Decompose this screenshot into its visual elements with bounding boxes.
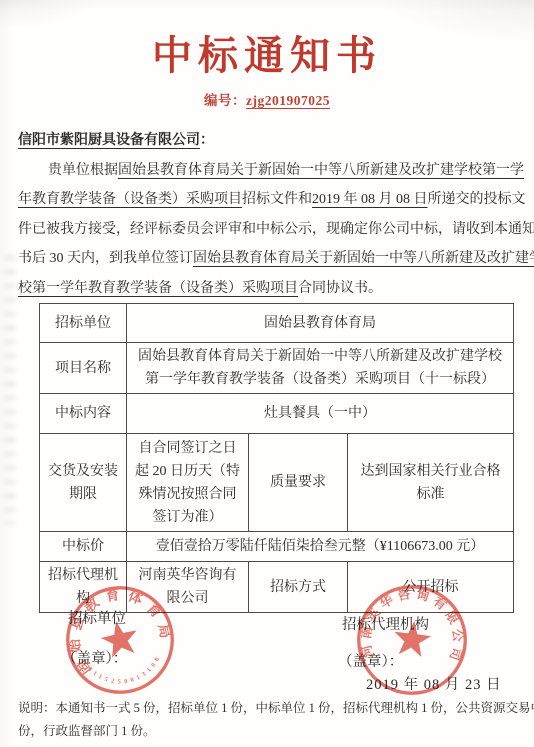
table-row: 招标单位 固始县教育体育局 xyxy=(40,304,514,343)
row-value: 灶具餐具（一中） xyxy=(127,394,514,434)
body-text-segment: 书后 30 天内，到我单位签订 xyxy=(18,251,193,266)
row-label: 招标方式 xyxy=(249,562,348,613)
recipient-name: 信阳市紫阳厨具设备有限公司 xyxy=(18,133,200,148)
bid-info-table: 招标单位 固始县教育体育局 项目名称 固始县教育体育局关于新固始一中等八所新建及… xyxy=(39,303,514,613)
body-text-segment: 件已被我方接受，经评标委员会评审和中标公示，现确定你公司中标，请收到本通知 xyxy=(18,222,534,237)
document-number: 编号：zjg201907025 xyxy=(0,89,534,109)
body-text-segment: 合同协议书。 xyxy=(298,281,382,296)
row-value: 壹佰壹拾万零陆仟陆佰柒拾叁元整（¥1106673.00 元） xyxy=(127,532,514,562)
body-line: 贵单位根据固始县教育体育局关于新固始一中等八所新建及改扩建学校第一学 xyxy=(18,156,518,186)
row-label: 质量要求 xyxy=(249,434,348,532)
official-seal-bid-inviter: 固始县教育体育局 4115250013108 xyxy=(51,571,189,709)
row-label: 项目名称 xyxy=(40,343,127,394)
page-title: 中标通知书 xyxy=(0,24,534,81)
table-row: 中标价 壹佰壹拾万零陆仟陆佰柒拾叁元整（¥1106673.00 元） xyxy=(40,532,514,562)
row-value: 达到国家相关行业合格标准 xyxy=(348,434,514,532)
body-underlined-segment: 固始县教育体育局关于新固始一中等八所新建及改扩建学校第一学 xyxy=(118,163,524,178)
row-value: 固始县教育体育局 xyxy=(127,304,514,343)
body-line: 件已被我方接受，经评标委员会评审和中标公示，现确定你公司中标，请收到本通知 xyxy=(18,215,518,245)
body-underlined-segment: 年教育教学装备（设备类）采购项目 xyxy=(18,192,242,207)
row-label: 招标单位 xyxy=(40,304,127,343)
body-line: 年教育教学装备（设备类）采购项目招标文件和2019 年 08 月 08 日所递交… xyxy=(18,185,518,215)
body-underlined-segment: 校第一学年教育教学装备（设备类）采购项目 xyxy=(18,281,298,296)
table-row: 中标内容 灶具餐具（一中） xyxy=(40,394,514,434)
row-label: 中标内容 xyxy=(40,394,127,434)
document-number-value: zjg201907025 xyxy=(246,93,330,108)
recipient-colon: ： xyxy=(200,133,214,148)
official-seal-bid-agency: 河南英华咨询有限公司 xyxy=(345,573,479,707)
body-line: 书后 30 天内，到我单位签订固始县教育体育局关于新固始一中等八所新建及改扩建学 xyxy=(18,244,518,274)
scanned-document-page: 中标通知书 编号：zjg201907025 信阳市紫阳厨具设备有限公司： 贵单位… xyxy=(0,0,534,747)
table-row: 项目名称 固始县教育体育局关于新固始一中等八所新建及改扩建学校第一学年教育教学装… xyxy=(40,343,514,394)
body-text-segment: 贵单位根据 xyxy=(48,163,118,178)
scan-bleed-artifact xyxy=(4,255,16,525)
body-text-segment: 招标文件和 xyxy=(242,192,312,207)
body-line: 校第一学年教育教学装备（设备类）采购项目合同协议书。 xyxy=(18,274,518,304)
recipient-line: 信阳市紫阳厨具设备有限公司： xyxy=(18,126,518,156)
table-row: 交货及安装期限 自合同签订之日起 20 日历天（特殊情况按照合同签订为准） 质量… xyxy=(40,434,514,532)
row-label: 交货及安装期限 xyxy=(40,434,127,532)
row-label: 中标价 xyxy=(40,532,127,562)
row-value: 固始县教育体育局关于新固始一中等八所新建及改扩建学校第一学年教育教学装备（设备类… xyxy=(127,343,514,394)
seal-star-icon xyxy=(392,619,433,658)
body-underlined-segment: 固始县教育体育局关于新固始一中等八所新建及改扩建学 xyxy=(193,251,534,266)
body-text-segment: 所递交的投标文 xyxy=(428,192,526,207)
body-underlined-date: 2019 年 08 月 08 日 xyxy=(312,192,428,207)
row-value: 自合同签订之日起 20 日历天（特殊情况按照合同签订为准） xyxy=(127,434,249,532)
body-paragraph: 信阳市紫阳厨具设备有限公司： 贵单位根据固始县教育体育局关于新固始一中等八所新建… xyxy=(18,126,518,303)
note-line: 份，行政监督部门 1 份。 xyxy=(18,720,523,743)
document-number-label: 编号： xyxy=(204,93,246,108)
seal-star-icon xyxy=(98,617,141,659)
